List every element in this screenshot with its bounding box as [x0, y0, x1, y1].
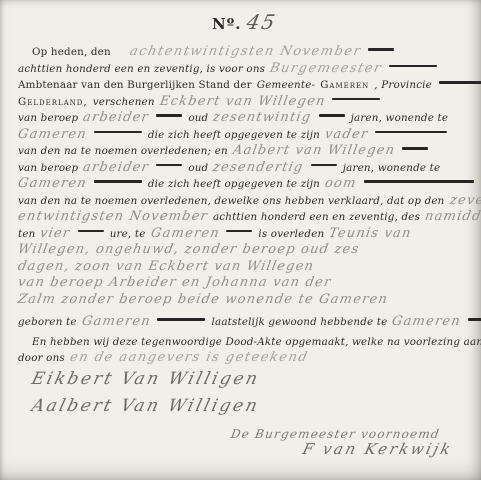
handwritten-text: Gameren: [17, 176, 88, 191]
filler-dash: [157, 318, 205, 321]
printed-text: geboren te: [18, 316, 77, 328]
handwritten-text: dagen, zoon van Eckbert van Willegen: [17, 259, 316, 274]
handwritten-text: Gameren: [149, 226, 220, 241]
filler-dash: [78, 230, 104, 233]
form-line-birthplace: geboren teGamerenlaatstelijk gewoond heb…: [18, 310, 471, 327]
filler-dash: [311, 164, 337, 167]
signature-declarant1: Eikbert Van Willigen: [18, 369, 471, 396]
form-line-declaration: van den na te noemen overledenen, dewelk…: [18, 189, 471, 206]
filler-dash: [156, 164, 182, 167]
filler-dash: [375, 131, 447, 134]
signature-declarant2: Aalbert Van Willigen: [18, 396, 471, 423]
printed-text: door ons: [18, 352, 65, 364]
handwritten-text: Burgemeester: [269, 61, 384, 76]
handwritten-text: achtentwintigsten November: [114, 44, 362, 59]
handwritten-text: De Burgemeester voornoemd: [230, 427, 441, 441]
death-certificate-page: Nº.45 Op heden, denachtentwintigsten Nov…: [0, 0, 481, 480]
handwritten-text: Willegen, ongehuwd, zonder beroep oud ze…: [17, 242, 361, 257]
filler-dash: [94, 131, 142, 134]
handwritten-text: en de aangevers is geteekend: [68, 350, 309, 365]
filler-dash: [402, 147, 428, 150]
handwritten-text: Teunis van: [328, 226, 413, 241]
filler-dash: [364, 180, 474, 183]
handwritten-text: vader: [324, 127, 370, 142]
filler-dash: [156, 114, 182, 117]
filler-dash: [319, 114, 345, 117]
filler-dash: [439, 81, 481, 84]
printed-text: laatstelijk gewoond hebbende te: [211, 316, 387, 328]
handwritten-text: zeven-: [448, 193, 481, 208]
form-line-province-declarant1: Gelderland,verschenenEckbert van Willege…: [18, 90, 471, 107]
filler-dash: [226, 230, 252, 233]
handwritten-text: zesendertig: [212, 160, 305, 175]
filler-dash: [468, 318, 481, 321]
filler-dash: [389, 65, 437, 68]
form-line-closing-2: door onsen de aangevers is geteekend: [18, 346, 471, 363]
number-value-handwritten: 45: [245, 10, 280, 34]
signature-text: Aalbert Van Willigen: [30, 396, 262, 416]
form-line-death-date: entwintigsten Novemberachttien honderd e…: [18, 205, 471, 222]
form-line-declarant2-intro: van den na te noemen overledenen; enAalb…: [18, 139, 471, 156]
signature-text: F van Kerkwijk: [300, 440, 454, 458]
number-label: Nº.: [212, 15, 241, 33]
handwritten-text: Gameren: [391, 314, 462, 329]
filler-dash: [94, 180, 142, 183]
burgemeester-title-handwritten: De Burgemeester voornoemd: [18, 423, 471, 440]
handwritten-text: Gameren: [80, 314, 151, 329]
handwritten-text: arbeider: [82, 160, 151, 175]
handwritten-text: Gameren: [17, 127, 88, 142]
handwritten-text: vier: [39, 226, 72, 241]
handwritten-text: Aalbert van Willegen: [232, 143, 397, 158]
handwritten-text: Zalm zonder beroep beide wonende te Game…: [17, 292, 390, 307]
handwritten-text: oom: [324, 176, 358, 191]
form-line-date-opening: Op heden, denachtentwintigsten November: [18, 40, 471, 57]
handwritten-text: entwintigsten November: [17, 209, 210, 224]
filler-dash: [332, 98, 380, 101]
handwritten-text: namiddags: [424, 209, 481, 224]
form-line-closing-1: En hebben wij deze tegenwoordige Dood-Ak…: [18, 330, 471, 347]
filler-dash: [368, 48, 394, 51]
document-number: Nº.45: [18, 6, 471, 40]
signature-text: Eikbert Van Willigen: [30, 369, 262, 389]
form-line-registrar: Ambtenaar van den Burgerlijken Stand der…: [18, 73, 471, 90]
signature-burgemeester: F van Kerkwijk: [18, 439, 471, 464]
handwritten-text: van beroep Arbeider en Johanna van der: [17, 275, 333, 290]
handwritten-text: arbeider: [82, 110, 151, 125]
handwritten-text: zesentwintig: [212, 110, 313, 125]
handwritten-text: Eckbert van Willegen: [158, 94, 326, 109]
